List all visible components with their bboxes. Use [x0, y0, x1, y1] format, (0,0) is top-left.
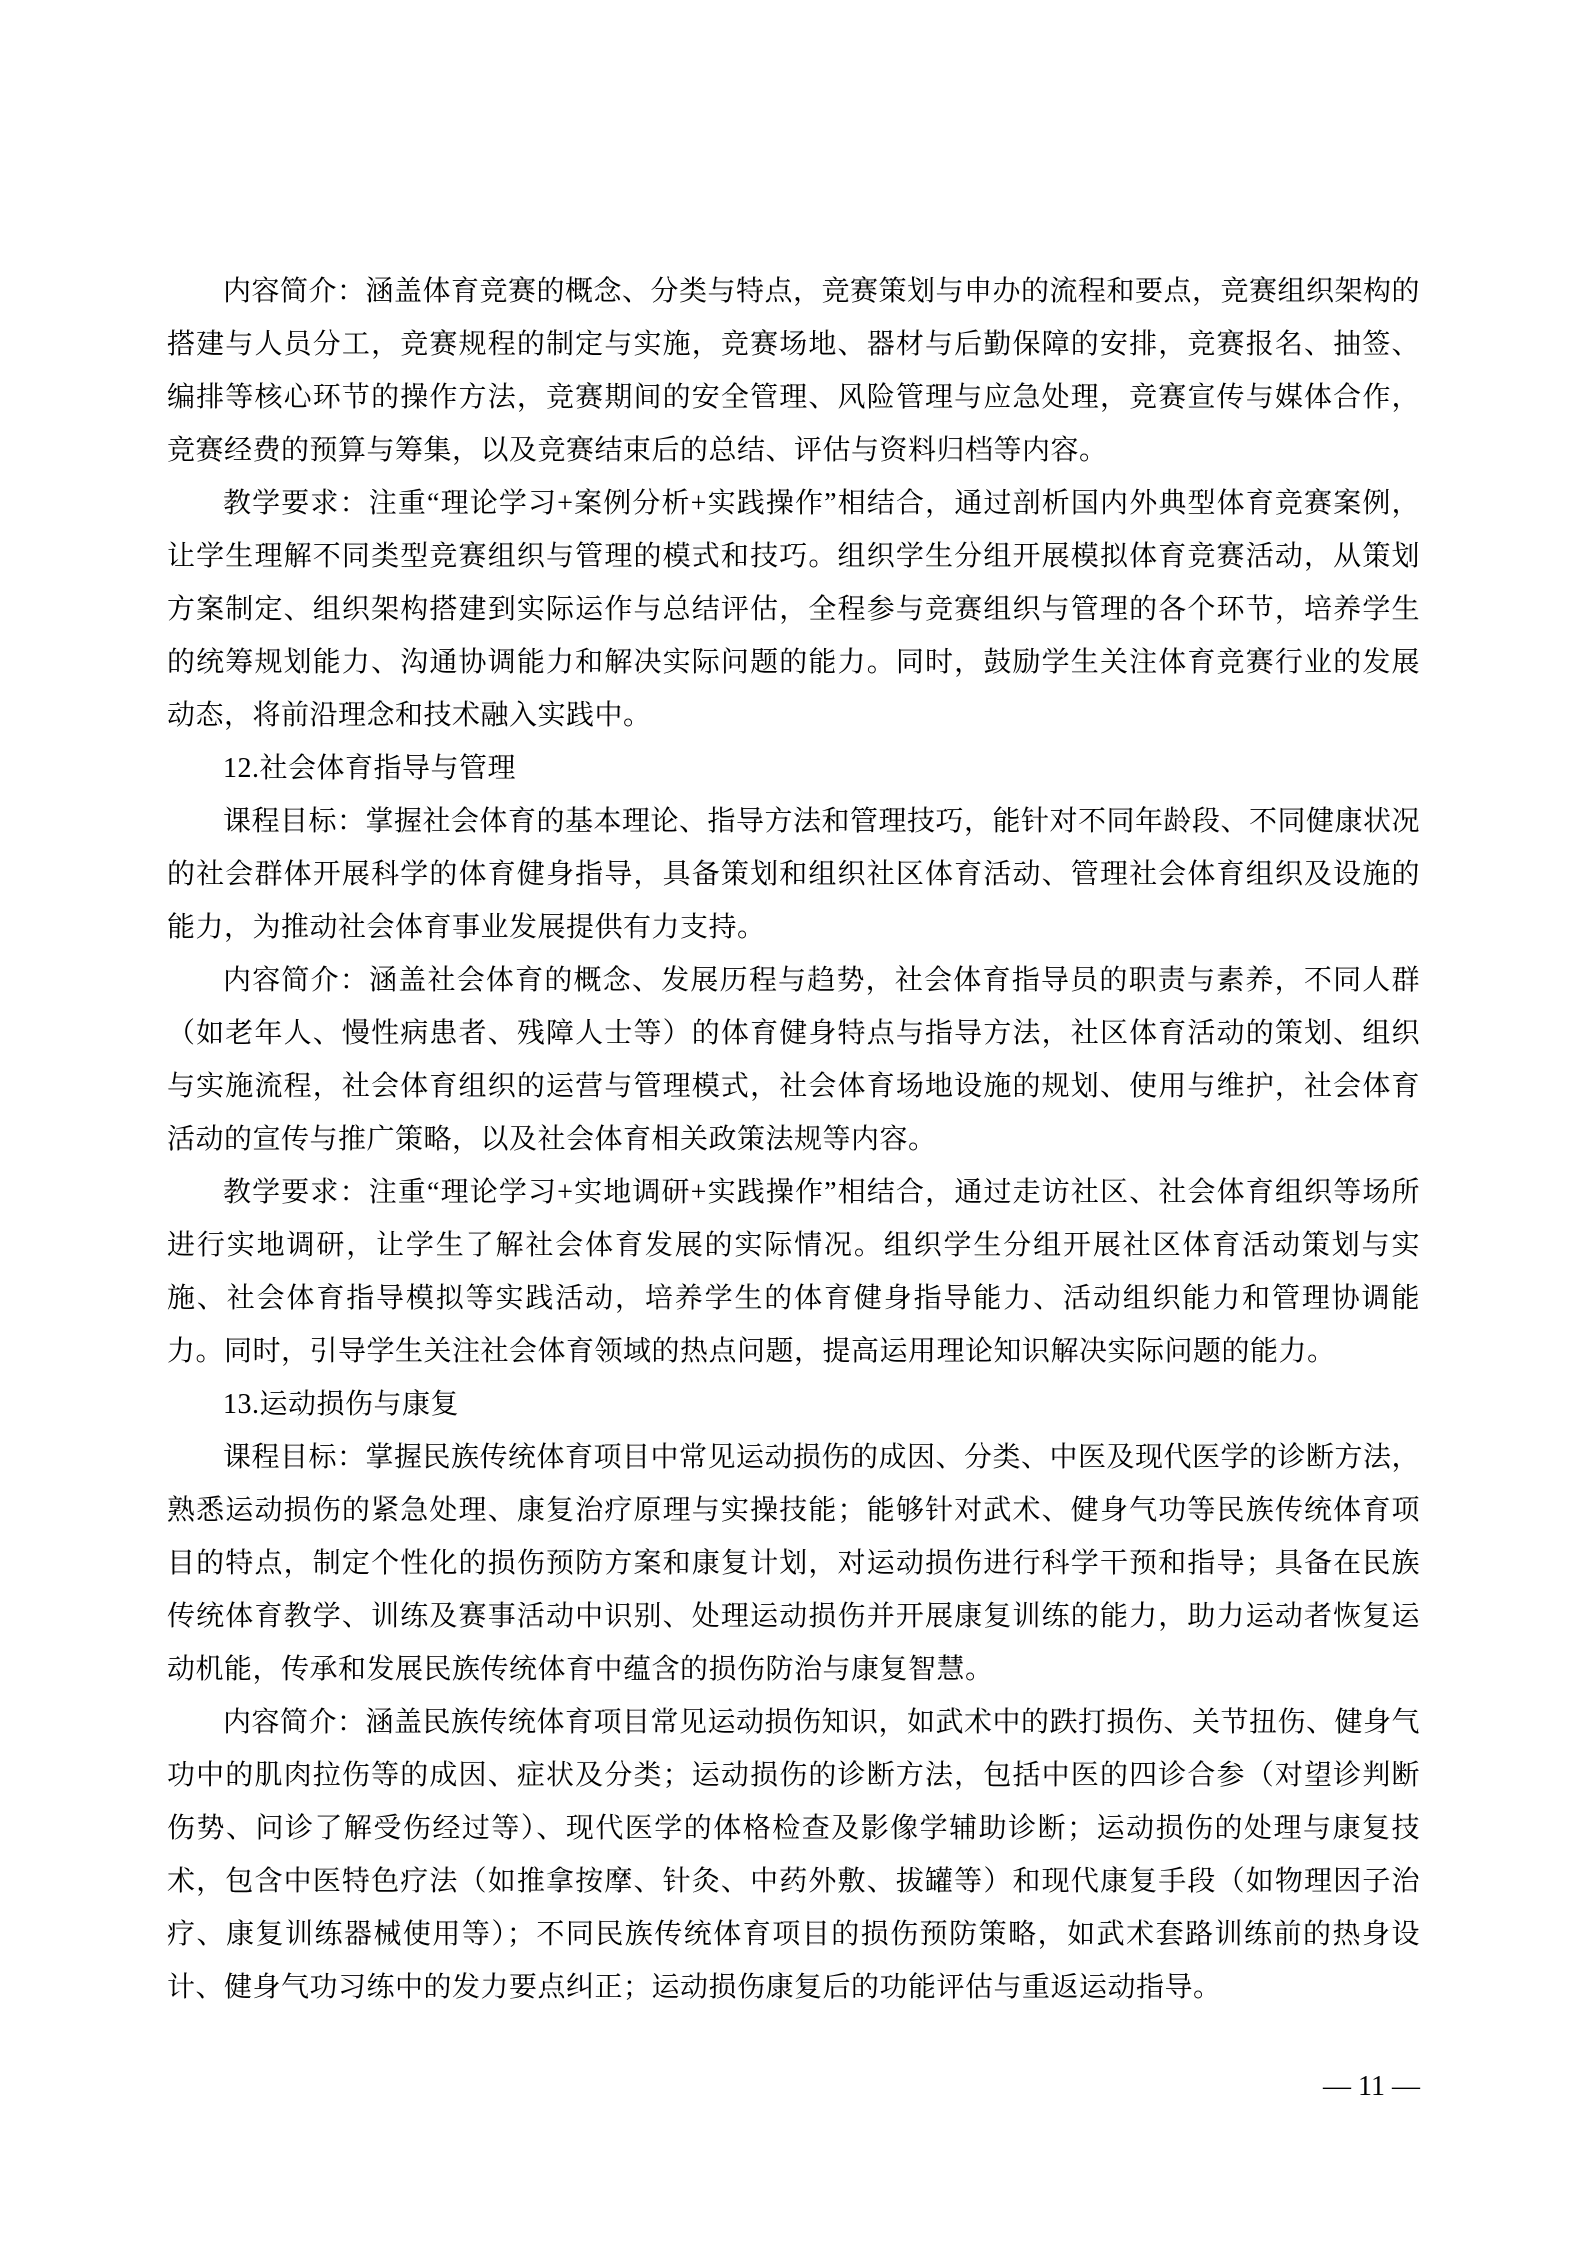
- section-heading-13: 13.运动损伤与康复: [167, 1378, 1420, 1431]
- paragraph-teaching-requirements: 教学要求：注重“理论学习+实地调研+实践操作”相结合，通过走访社区、社会体育组织…: [167, 1166, 1420, 1378]
- paragraph-course-objectives: 课程目标：掌握民族传统体育项目中常见运动损伤的成因、分类、中医及现代医学的诊断方…: [167, 1431, 1420, 1696]
- paragraph-content-intro: 内容简介：涵盖民族传统体育项目常见运动损伤知识，如武术中的跌打损伤、关节扭伤、健…: [167, 1696, 1420, 2014]
- section-heading-12: 12.社会体育指导与管理: [167, 742, 1420, 795]
- page-body: 内容简介：涵盖体育竞赛的概念、分类与特点，竞赛策划与申办的流程和要点，竞赛组织架…: [167, 265, 1420, 2014]
- paragraph-teaching-requirements: 教学要求：注重“理论学习+案例分析+实践操作”相结合，通过剖析国内外典型体育竞赛…: [167, 477, 1420, 742]
- document-page: 内容简介：涵盖体育竞赛的概念、分类与特点，竞赛策划与申办的流程和要点，竞赛组织架…: [0, 0, 1587, 2245]
- page-number: — 11 —: [1323, 2072, 1420, 2102]
- paragraph-course-objectives: 课程目标：掌握社会体育的基本理论、指导方法和管理技巧，能针对不同年龄段、不同健康…: [167, 795, 1420, 954]
- paragraph-content-intro: 内容简介：涵盖社会体育的概念、发展历程与趋势，社会体育指导员的职责与素养，不同人…: [167, 954, 1420, 1166]
- paragraph-content-intro: 内容简介：涵盖体育竞赛的概念、分类与特点，竞赛策划与申办的流程和要点，竞赛组织架…: [167, 265, 1420, 477]
